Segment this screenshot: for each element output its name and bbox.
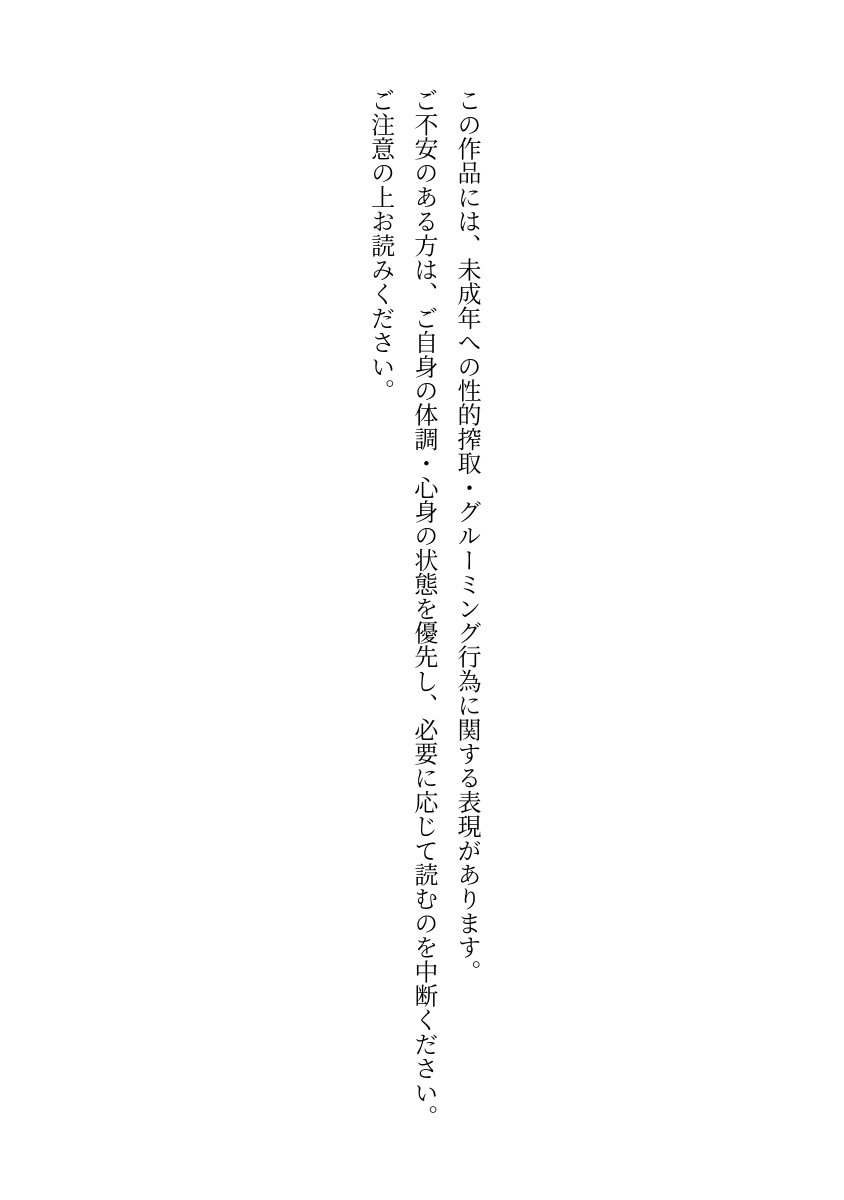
notice-line-3: ご注意の上お読みください。 [358, 88, 401, 1164]
notice-line-1: この作品には、未成年への性的搾取・グルーミング行為に関する表現があります。 [445, 88, 488, 1164]
content-warning-text: この作品には、未成年への性的搾取・グルーミング行為に関する表現があります。 ご不… [358, 88, 488, 1164]
notice-line-2: ご不安のある方は、ご自身の体調・心身の状態を優先し、必要に応じて読むのを中断くだ… [402, 88, 445, 1164]
content-warning-page: この作品には、未成年への性的搾取・グルーミング行為に関する表現があります。 ご不… [0, 0, 844, 1200]
